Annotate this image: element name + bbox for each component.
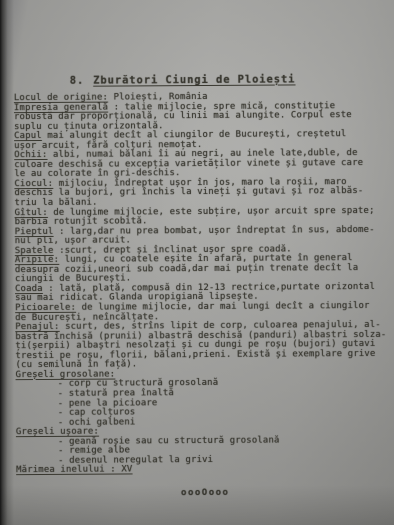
section-number: 8. xyxy=(70,75,85,87)
document-content: 8.Zburători Ciungi de Ploiești Locul de … xyxy=(14,73,394,499)
line-label: Capul xyxy=(14,131,42,141)
body-text: Locul de origine: Ploiești, RomâniaImpre… xyxy=(14,92,394,476)
line-label: Ochii: xyxy=(14,150,47,160)
title-text: Zburători Ciungi de Ploiești xyxy=(93,73,295,86)
line-label: Penajul: xyxy=(15,322,59,332)
line-label: Mărimea inelului : XV xyxy=(16,465,132,476)
line-label: Aripile: xyxy=(15,255,59,265)
text-line: Mărimea inelului : XV xyxy=(16,464,394,476)
page-title: 8.Zburători Ciungi de Ploiești xyxy=(70,73,392,87)
page-binding-shadow xyxy=(0,0,14,525)
line-label: Picioarele: xyxy=(15,303,76,313)
scanned-document-page: 8.Zburători Ciungi de Ploiești Locul de … xyxy=(0,0,394,525)
page-bottom-shadow xyxy=(0,485,394,525)
line-label: Greșeli ușoare: xyxy=(16,427,99,438)
